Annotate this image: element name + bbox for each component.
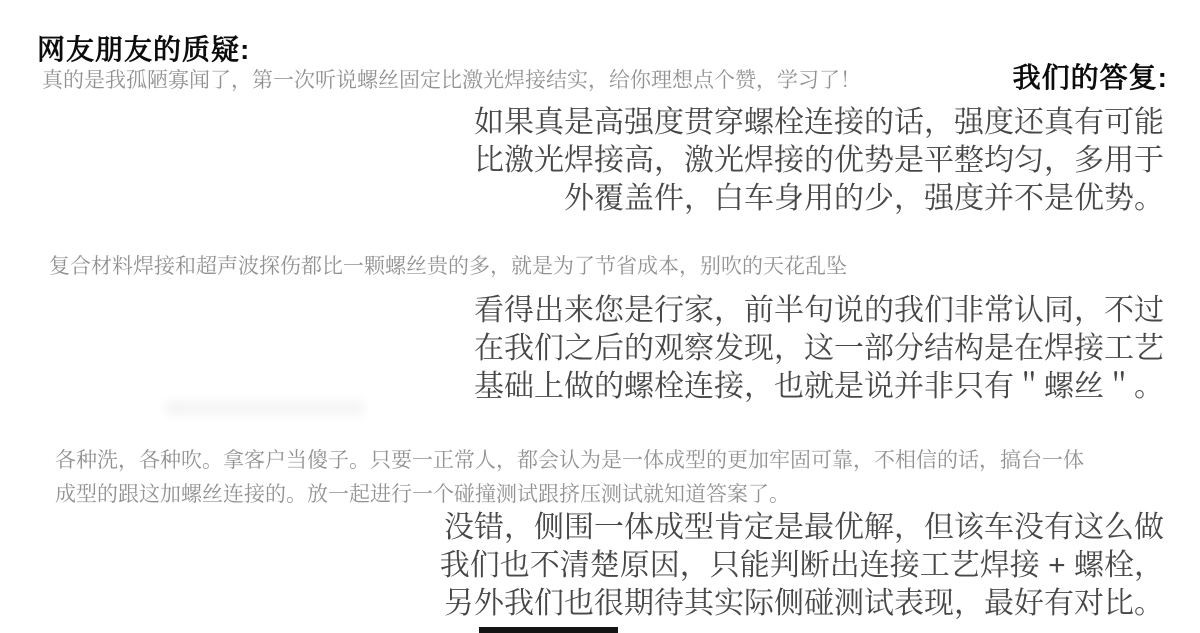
question-2: 复合材料焊接和超声波探伤都比一颗螺丝贵的多，就是为了节省成本，别吹的天花乱坠	[49, 250, 847, 284]
answer-3-line-3: 另外我们也很期待其实际侧碰测试表现，最好有对比。	[440, 585, 1164, 623]
question-3-line-1: 各种洗，各种吹。拿客户当傻子。只要一正常人，都会认为是一体成型的更加牢固可靠，不…	[55, 444, 1165, 478]
answer-3-line-1: 没错，侧围一体成型肯定是最优解，但该车没有这么做	[440, 509, 1164, 547]
bottom-black-bar	[479, 627, 618, 633]
answer-2-line-2: 在我们之后的观察发现，这一部分结构是在焊接工艺	[474, 330, 1164, 368]
answer-2-line-1: 看得出来您是行家，前半句说的我们非常认同，不过	[474, 292, 1164, 330]
faint-watermark	[165, 400, 365, 416]
answers-header: 我们的答复:	[1013, 56, 1168, 96]
answer-1: 如果真是高强度贯穿螺栓连接的话，强度还真有可能 比激光焊接高，激光焊接的优势是平…	[474, 104, 1164, 218]
answer-1-line-2: 比激光焊接高，激光焊接的优势是平整均匀，多用于	[474, 142, 1164, 180]
answer-2: 看得出来您是行家，前半句说的我们非常认同，不过 在我们之后的观察发现，这一部分结…	[474, 292, 1164, 406]
answer-3: 没错，侧围一体成型肯定是最优解，但该车没有这么做 我们也不清楚原因，只能判断出连…	[440, 509, 1164, 623]
qa-sheet: 网友朋友的质疑: 我们的答复: 真的是我孤陋寡闻了，第一次听说螺丝固定比激光焊接…	[0, 0, 1200, 633]
answer-1-line-3: 外覆盖件，白车身用的少，强度并不是优势。	[474, 180, 1164, 218]
question-3-line-2: 成型的跟这加螺丝连接的。放一起进行一个碰撞测试跟挤压测试就知道答案了。	[55, 478, 1165, 512]
answer-2-line-3: 基础上做的螺栓连接，也就是说并非只有＂螺丝＂。	[474, 368, 1164, 406]
question-1-line-1: 真的是我孤陋寡闻了，第一次听说螺丝固定比激光焊接结实，给你理想点个赞，学习了！	[42, 64, 861, 98]
answer-1-line-1: 如果真是高强度贯穿螺栓连接的话，强度还真有可能	[474, 104, 1164, 142]
questions-header: 网友朋友的质疑:	[37, 28, 250, 68]
question-3: 各种洗，各种吹。拿客户当傻子。只要一正常人，都会认为是一体成型的更加牢固可靠，不…	[55, 444, 1165, 512]
question-2-line-1: 复合材料焊接和超声波探伤都比一颗螺丝贵的多，就是为了节省成本，别吹的天花乱坠	[49, 250, 847, 284]
answer-3-line-2: 我们也不清楚原因，只能判断出连接工艺焊接 + 螺栓，	[440, 547, 1164, 585]
question-1: 真的是我孤陋寡闻了，第一次听说螺丝固定比激光焊接结实，给你理想点个赞，学习了！	[42, 64, 861, 98]
